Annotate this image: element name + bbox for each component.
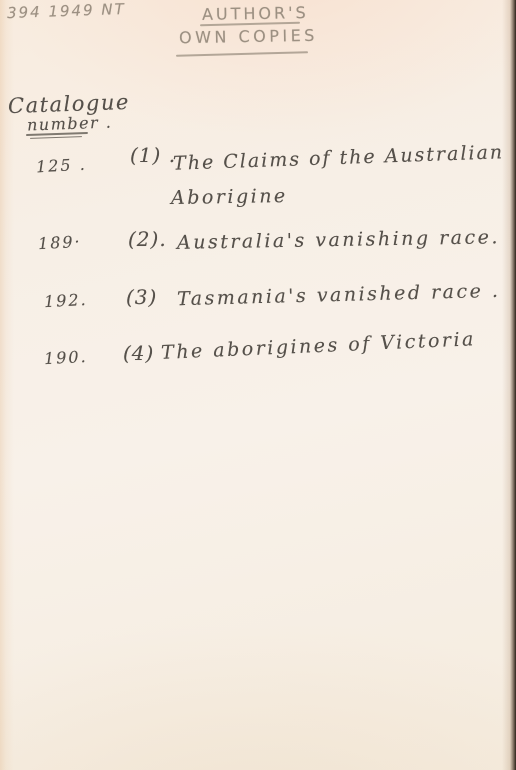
entry-title-line1: The Claims of the Australian xyxy=(173,141,505,175)
entry-catalogue-number: 192. xyxy=(44,290,89,311)
entry-catalogue-number: 189· xyxy=(38,232,83,253)
catalogue-heading-line2: number . xyxy=(27,113,113,135)
entry-catalogue-number: 125 . xyxy=(36,155,88,177)
entry-title-line1: Tasmania's vanished race . xyxy=(177,280,501,310)
pencil-shelfmark: 394 1949 NT xyxy=(7,0,126,22)
entry-title-line1: Australia's vanishing race. xyxy=(177,226,500,254)
pencil-header-line1: AUTHOR'S xyxy=(202,3,309,24)
entry-item-number: (2). xyxy=(128,227,167,251)
scanned-catalogue-page: 394 1949 NT AUTHOR'S OWN COPIES Catalogu… xyxy=(0,0,516,770)
entry-item-number: (3) xyxy=(126,285,157,309)
entry-title-line2: Aborigine xyxy=(171,185,288,209)
entry-title-line1: The aborigines of Victoria xyxy=(161,328,477,364)
pencil-header-underline-2 xyxy=(176,51,308,56)
entry-item-number: (1) . xyxy=(130,143,176,167)
catalogue-heading-underline-2 xyxy=(30,136,82,139)
pencil-header-line2: OWN COPIES xyxy=(179,26,318,47)
entry-item-number: (4) xyxy=(123,341,154,365)
entry-catalogue-number: 190. xyxy=(44,347,89,368)
